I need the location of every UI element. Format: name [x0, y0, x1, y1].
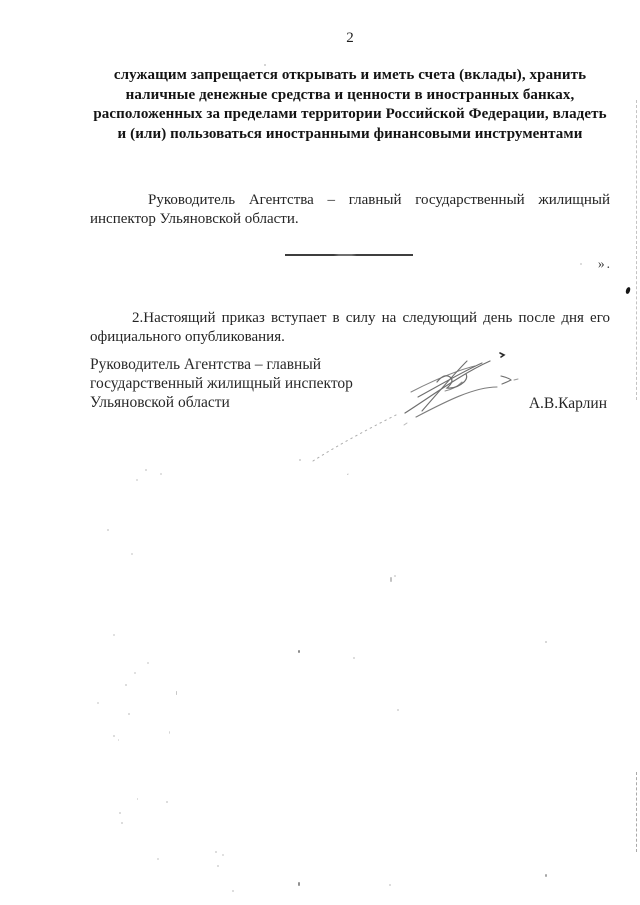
blank-signature-line — [285, 254, 413, 256]
paragraph-line: Руководитель Агентства – главный государ… — [90, 191, 610, 210]
heading-line: служащим запрещается открывать и иметь с… — [86, 66, 614, 86]
scan-speck — [545, 874, 547, 877]
scan-speck — [136, 479, 138, 481]
scan-speck — [118, 739, 119, 741]
scan-speck — [121, 822, 123, 824]
scan-speck — [390, 577, 392, 582]
scan-speck — [397, 709, 399, 711]
scan-speck — [131, 553, 133, 555]
scan-speck — [353, 657, 355, 659]
closing-quote-mark: ». — [560, 256, 612, 272]
page-number: 2 — [90, 30, 610, 47]
scan-speck — [298, 650, 300, 653]
scan-speck — [160, 473, 162, 475]
scan-speck — [137, 798, 138, 800]
document-heading: служащим запрещается открывать и иметь с… — [86, 66, 614, 144]
scan-speck — [145, 469, 147, 471]
heading-line: наличные денежные средства и ценности в … — [86, 86, 614, 106]
scan-speck — [264, 64, 266, 66]
scan-speck — [580, 263, 582, 265]
scan-speck — [298, 882, 300, 886]
scan-speck — [107, 529, 109, 531]
scan-speck — [147, 662, 149, 664]
paragraph-official-title: Руководитель Агентства – главный государ… — [90, 191, 610, 228]
signatory-name: А.В.Карлин — [400, 395, 607, 413]
scan-speck — [125, 684, 127, 686]
scan-speck — [389, 884, 391, 886]
scan-speck — [119, 812, 121, 814]
scanned-document-page: { "page": { "number": "2" }, "heading": … — [0, 0, 640, 905]
paragraph-line: инспектор Ульяновской области. — [90, 210, 610, 229]
heading-line: и (или) пользоваться иностранными финанс… — [86, 125, 614, 145]
scan-speck — [128, 713, 130, 715]
scan-speck — [299, 459, 301, 461]
scan-speck — [113, 634, 115, 636]
scan-speck — [97, 702, 99, 704]
scan-speck — [157, 858, 159, 860]
scan-speck — [113, 735, 115, 737]
scan-speck — [166, 801, 168, 803]
scan-speck — [134, 672, 136, 674]
ink-blot — [625, 287, 631, 295]
scan-edge-line — [636, 772, 637, 852]
scan-edge-line — [636, 100, 637, 400]
scan-speck — [176, 691, 177, 695]
scan-speck — [394, 575, 396, 577]
heading-line: расположенных за пределами территории Ро… — [86, 105, 614, 125]
paragraph-line: 2.Настоящий приказ вступает в силу на сл… — [90, 309, 610, 328]
scan-speck — [215, 851, 217, 853]
scan-speck — [169, 731, 170, 734]
scan-speck — [545, 641, 547, 643]
scan-speck — [222, 854, 224, 856]
scan-speck — [217, 865, 219, 867]
scan-speck — [232, 890, 234, 892]
